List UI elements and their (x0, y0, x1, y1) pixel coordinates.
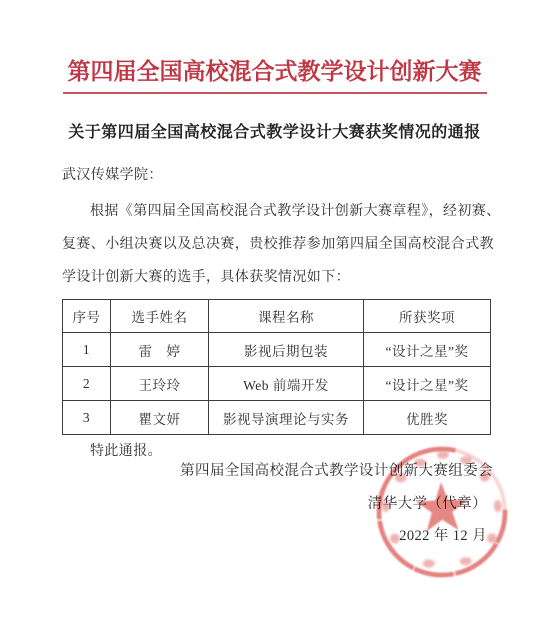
competition-banner-title: 第四届全国高校混合式教学设计创新大赛 (0, 0, 549, 85)
cell-name: 瞿文妍 (111, 401, 209, 435)
seal-star (415, 481, 468, 532)
banner-underline (63, 92, 487, 94)
awards-table: 序号 选手姓名 课程名称 所获奖项 1 雷 婷 影视后期包装 “设计之星”奖 2… (62, 299, 491, 435)
col-header-name: 选手姓名 (111, 300, 209, 333)
official-seal (370, 440, 515, 585)
notice-document-page: 第四届全国高校混合式教学设计创新大赛 关于第四届全国高校混合式教学设计大赛获奖情… (0, 0, 549, 621)
cell-number: 1 (63, 333, 111, 367)
table-row: 2 王玲玲 Web 前端开发 “设计之星”奖 (63, 367, 491, 401)
col-header-award: 所获奖项 (364, 300, 491, 333)
table-header-row: 序号 选手姓名 课程名称 所获奖项 (63, 300, 491, 333)
cell-course: 影视导演理论与实务 (209, 401, 364, 435)
notice-body: 武汉传媒学院： 根据《第四届全国高校混合式教学设计创新大赛章程》，经初赛、 复赛… (62, 166, 490, 294)
notice-heading: 关于第四届全国高校混合式教学设计大赛获奖情况的通报 (0, 119, 549, 142)
cell-course: 影视后期包装 (209, 333, 364, 367)
body-line: 复赛、小组决赛以及总决赛，贵校推荐参加第四届全国高校混合式教 (62, 228, 490, 261)
cell-number: 2 (63, 367, 111, 401)
salutation: 武汉传媒学院： (62, 166, 490, 186)
table-row: 3 瞿文妍 影视导演理论与实务 优胜奖 (63, 401, 491, 435)
cell-award: “设计之星”奖 (364, 333, 491, 367)
cell-course: Web 前端开发 (209, 367, 364, 401)
cell-award: “设计之星”奖 (364, 367, 491, 401)
cell-number: 3 (63, 401, 111, 435)
body-paragraph: 根据《第四届全国高校混合式教学设计创新大赛章程》，经初赛、 复赛、小组决赛以及总… (62, 195, 490, 294)
cell-name: 雷 婷 (111, 333, 209, 367)
cell-name: 王玲玲 (111, 367, 209, 401)
col-header-number: 序号 (63, 300, 111, 333)
body-line: 根据《第四届全国高校混合式教学设计创新大赛章程》，经初赛、 (62, 195, 490, 228)
table-row: 1 雷 婷 影视后期包装 “设计之星”奖 (63, 333, 491, 367)
cell-award: 优胜奖 (364, 401, 491, 435)
body-line: 学设计创新大赛的选手，具体获奖情况如下： (62, 261, 490, 294)
col-header-course: 课程名称 (209, 300, 364, 333)
